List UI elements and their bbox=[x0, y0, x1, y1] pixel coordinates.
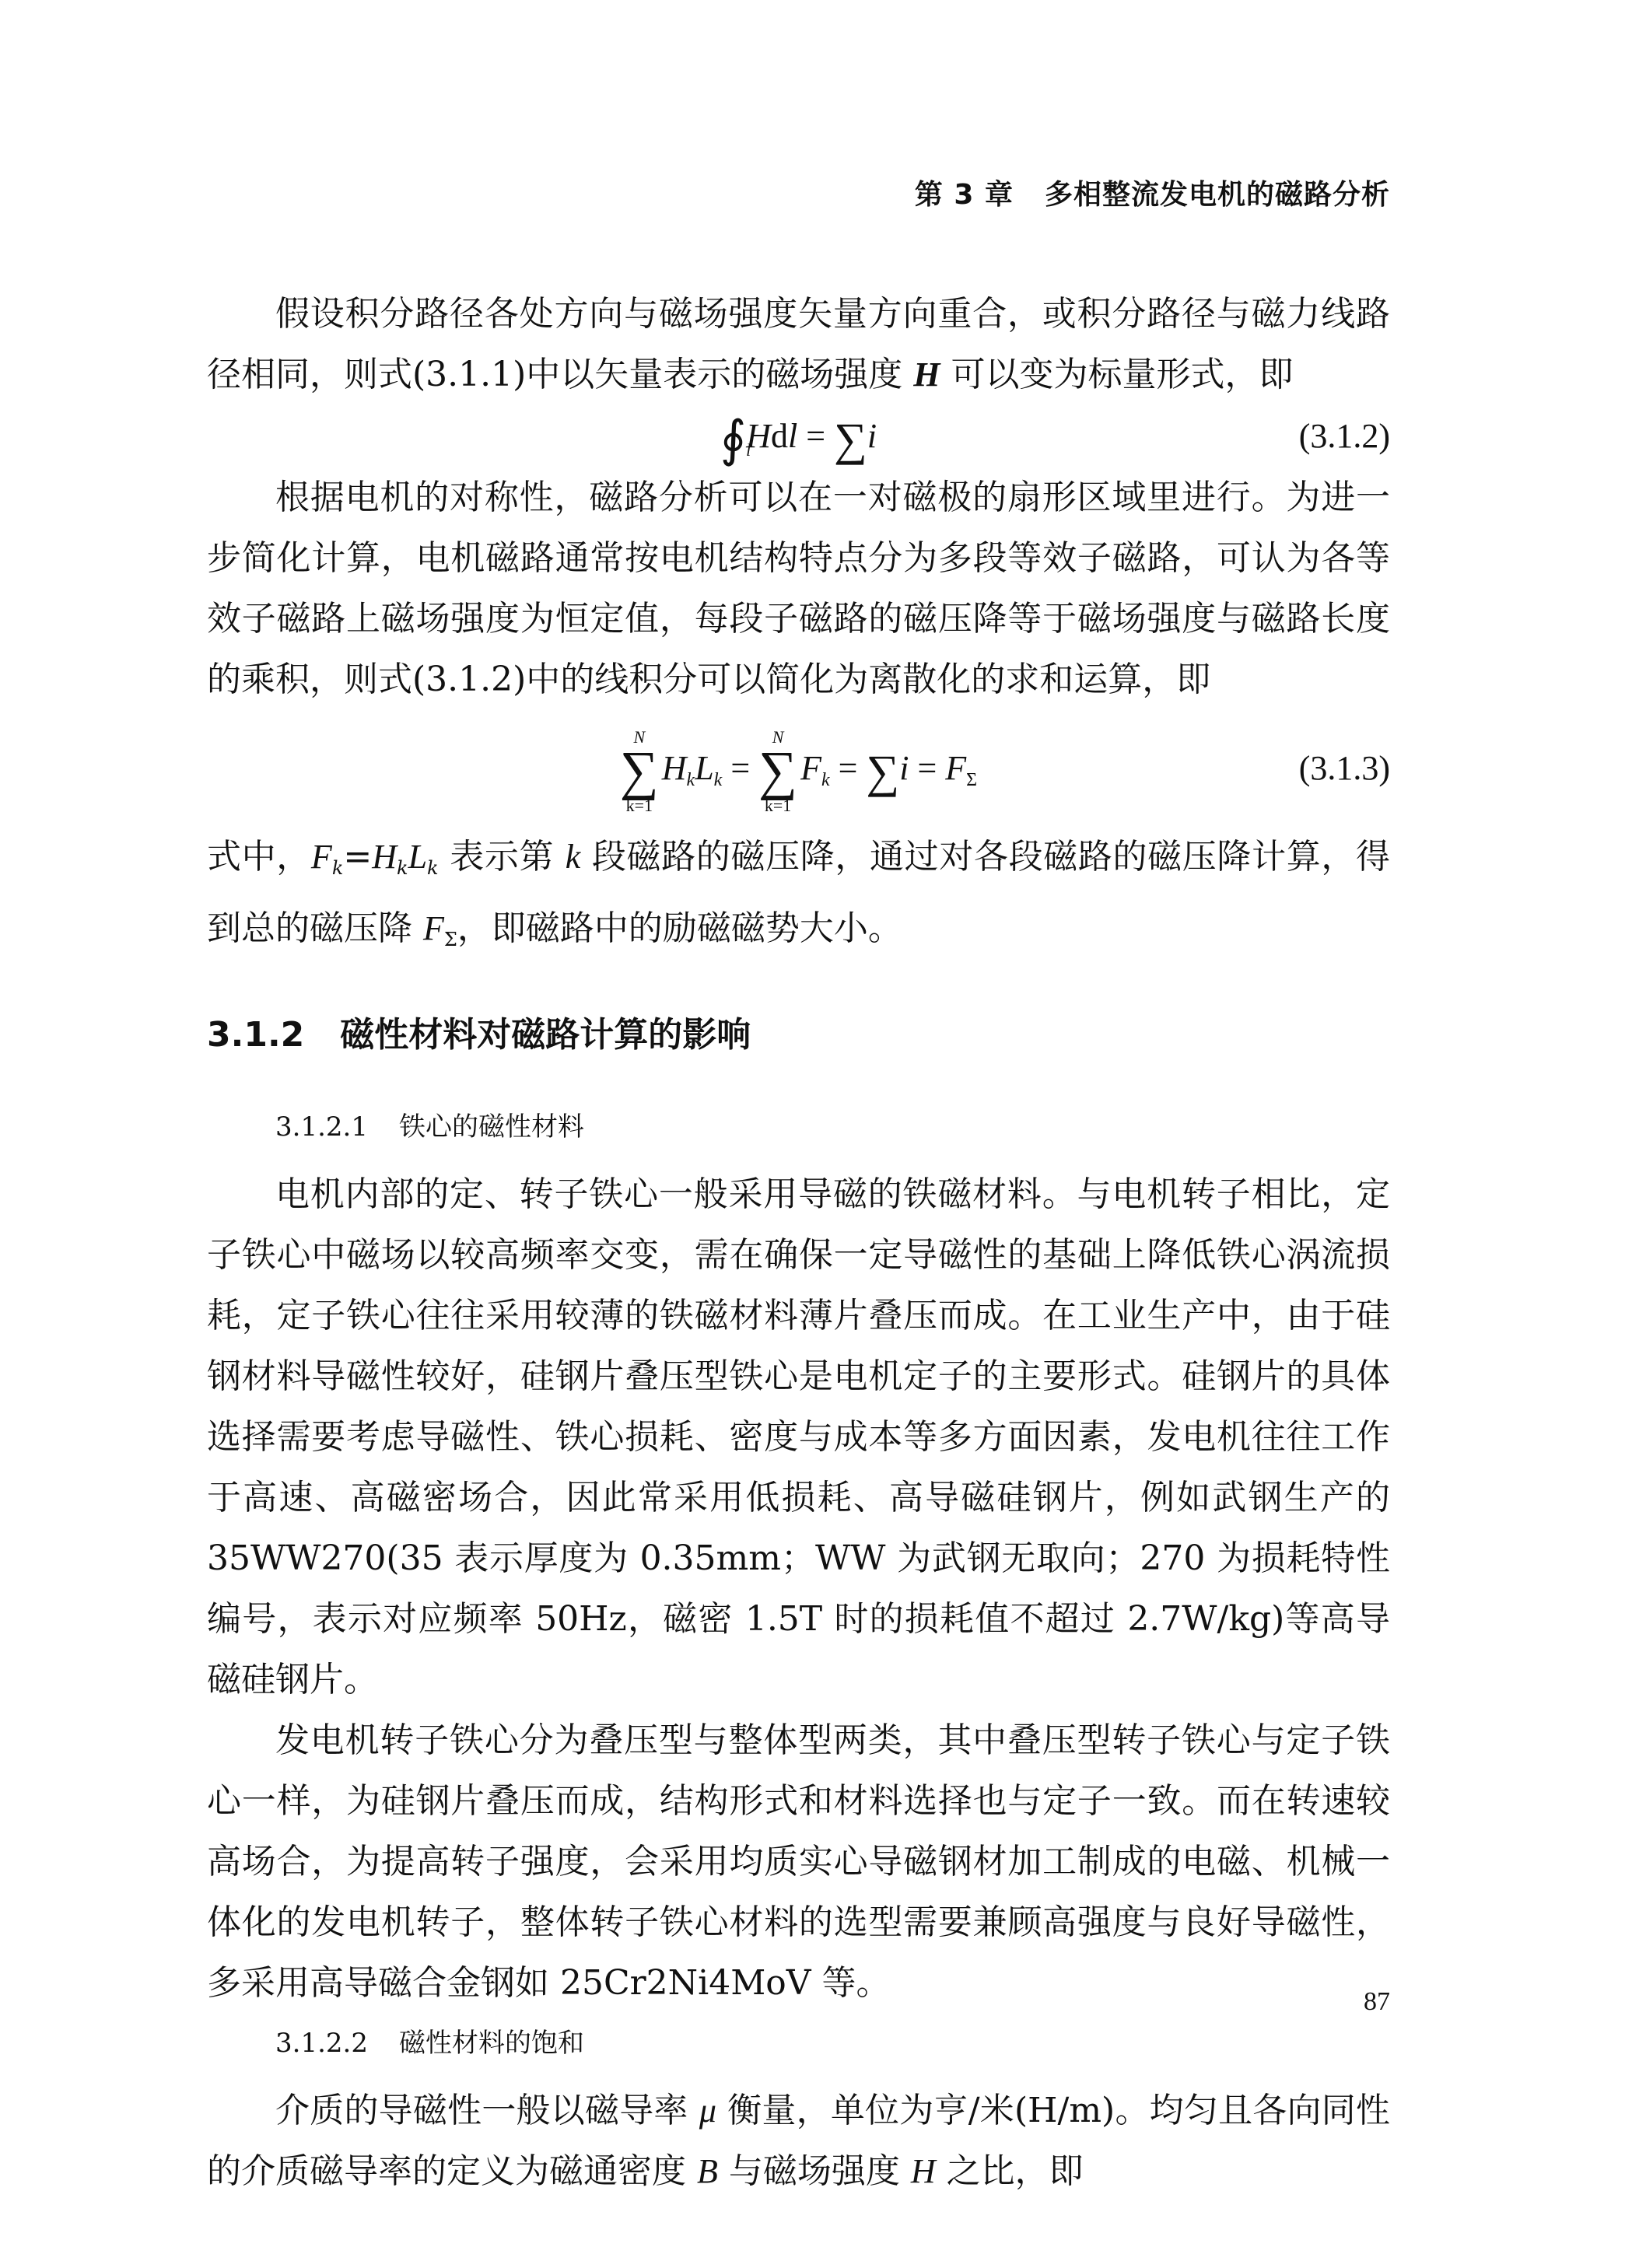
subsection-number: 3.1.2.1 bbox=[275, 1111, 368, 1143]
paragraph-3: 式中，Fk=HkLk 表示第 k 段磁路的磁压降，通过对各段磁路的磁压降计算，得… bbox=[207, 827, 1390, 970]
chapter-title: 多相整流发电机的磁路分析 bbox=[1045, 179, 1390, 211]
subsection-heading-2: 3.1.2.2磁性材料的饱和 bbox=[207, 2020, 1390, 2067]
paragraph-2: 根据电机的对称性，磁路分析可以在一对磁极的扇形区域里进行。为进一步简化计算，电机… bbox=[207, 467, 1390, 710]
chapter-label: 第 3 章 bbox=[915, 179, 1014, 211]
summation-limits: N∑k=1 bbox=[758, 729, 797, 815]
subsection-title: 铁心的磁性材料 bbox=[399, 1111, 584, 1143]
equation-3-1-3: N∑k=1HkLk = N∑k=1Fk = ∑i = FΣ (3.1.3) bbox=[207, 710, 1390, 827]
vector-H: H bbox=[913, 355, 940, 394]
subsection-heading-1: 3.1.2.1铁心的磁性材料 bbox=[207, 1104, 1390, 1150]
paragraph-4: 电机内部的定、转子铁心一般采用导磁的铁磁材料。与电机转子相比，定子铁心中磁场以较… bbox=[207, 1164, 1390, 1710]
running-head: 第 3 章多相整流发电机的磁路分析 bbox=[915, 173, 1390, 212]
equation-3-1-3-expression: N∑k=1HkLk = N∑k=1Fk = ∑i = FΣ bbox=[207, 710, 1390, 838]
section-number: 3.1.2 bbox=[207, 1015, 304, 1055]
paragraph-1: 假设积分路径各处方向与磁场强度矢量方向重合，或积分路径与磁力线路径相同，则式(3… bbox=[207, 284, 1390, 405]
section-title: 磁性材料对磁路计算的影响 bbox=[340, 1015, 751, 1055]
equation-3-1-2: ∮lHdl = ∑i (3.1.2) bbox=[207, 405, 1390, 467]
paragraph-1-tail: 可以变为标量形式，即 bbox=[940, 355, 1294, 394]
paragraph-6: 介质的导磁性一般以磁导率 μ 衡量，单位为亨/米(H/m)。均匀且各向同性的介质… bbox=[207, 2081, 1390, 2202]
equation-3-1-2-expression: ∮lHdl = ∑i bbox=[207, 405, 1390, 471]
section-heading: 3.1.2磁性材料对磁路计算的影响 bbox=[207, 1012, 1390, 1059]
subsection-number: 3.1.2.2 bbox=[275, 2028, 368, 2059]
equation-number: (3.1.2) bbox=[1299, 405, 1390, 467]
summation-icon: ∑ bbox=[866, 748, 899, 795]
paragraph-5: 发电机转子铁心分为叠压型与整体型两类，其中叠压型转子铁心与定子铁心一样，为硅钢片… bbox=[207, 1710, 1390, 2014]
contour-integral-icon: ∮l bbox=[720, 408, 746, 471]
page-body: 假设积分路径各处方向与磁场强度矢量方向重合，或积分路径与磁力线路径相同，则式(3… bbox=[207, 284, 1390, 2202]
summation-limits: N∑k=1 bbox=[620, 729, 659, 815]
equation-number: (3.1.3) bbox=[1299, 737, 1390, 800]
page-number: 87 bbox=[1364, 1987, 1390, 2017]
summation-icon: ∑ bbox=[834, 416, 867, 463]
subsection-title: 磁性材料的饱和 bbox=[399, 2028, 584, 2059]
